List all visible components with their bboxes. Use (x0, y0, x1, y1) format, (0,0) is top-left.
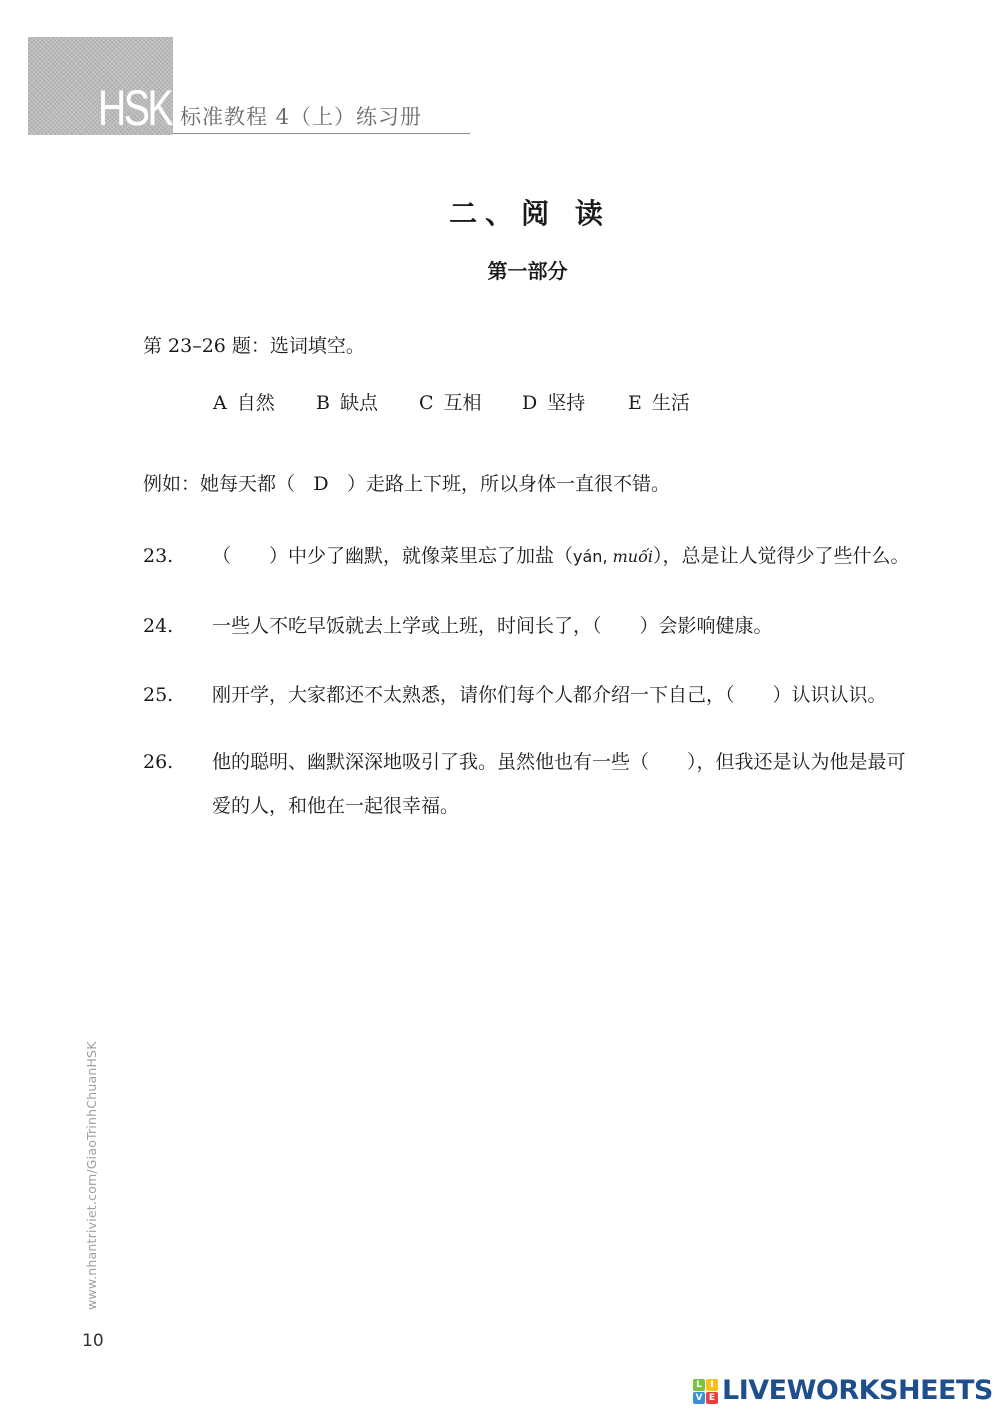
liveworksheets-wordmark: LIVEWORKSHEETS (722, 1377, 993, 1405)
question-text: （）中少了幽默，就像菜里忘了加盐（yán, muối），总是让人觉得少了些什么。 (212, 534, 910, 579)
pinyin-note: yán, muối (573, 547, 653, 566)
instruction: 第 23–26 题：选词填空。 (143, 331, 365, 358)
question-number: 24. (143, 604, 173, 648)
live-tiles-icon: L I V E (693, 1379, 718, 1404)
option-e: E生活 (628, 388, 690, 415)
section-title: 二、阅 读 (0, 192, 1000, 232)
question-text: 刚开学，大家都还不太熟悉，请你们每个人都介绍一下自己，（）认识认识。 (212, 673, 887, 717)
question-number: 26. (143, 740, 173, 784)
header-rule (173, 133, 470, 134)
part-title: 第一部分 (0, 255, 1000, 284)
question-number: 23. (143, 534, 173, 578)
hsk-logo: HSK (98, 82, 160, 134)
option-c: C互相 (419, 388, 522, 415)
book-title: 标准教程 4（上）练习册 (180, 101, 422, 131)
word-options: A自然 B缺点 C互相 D坚持 E生活 (213, 388, 690, 415)
question-number: 25. (143, 673, 173, 717)
example-label: 例如： (143, 473, 200, 495)
option-a: A自然 (213, 388, 316, 415)
liveworksheets-logo: L I V E LIVEWORKSHEETS (693, 1377, 993, 1405)
question-text: 他的聪明、幽默深深地吸引了我。虽然他也有一些（），但我还是认为他是最可爱的人，和… (212, 740, 922, 828)
example-answer: D (295, 473, 347, 495)
example-sentence: 例如：她每天都（D）走路上下班，所以身体一直很不错。 (143, 469, 670, 496)
side-url: www.nhantriviet.com/GiaoTrinhChuanHSK (84, 1041, 99, 1310)
question-text: 一些人不吃早饭就去上学或上班，时间长了，（）会影响健康。 (212, 604, 773, 648)
page-number: 10 (82, 1331, 104, 1351)
option-b: B缺点 (316, 388, 419, 415)
option-d: D坚持 (522, 388, 628, 415)
